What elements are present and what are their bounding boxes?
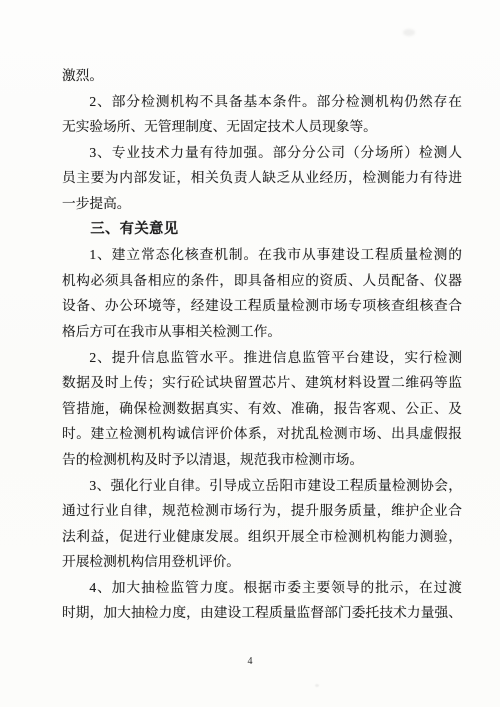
scan-artifact	[315, 684, 319, 687]
document-line: 3、强化行业自律。引导成立岳阳市建设工程质量检测协会，	[62, 473, 462, 499]
document-line: 设备、办公环境等，经建设工程质量检测市场专项核查组核查合	[62, 293, 462, 319]
document-line: 2、部分检测机构不具备基本条件。部分检测机构仍然存在	[62, 89, 462, 115]
document-page: 激烈。 2、部分检测机构不具备基本条件。部分检测机构仍然存在 无实验场所、无管理…	[0, 0, 500, 707]
document-line: 格后方可在我市从事相关检测工作。	[62, 319, 462, 345]
section-heading: 三、有关意见	[62, 217, 462, 243]
document-line: 一步提高。	[62, 191, 462, 217]
document-line: 激烈。	[62, 63, 462, 89]
document-line: 2、提升信息监管水平。推进信息监管平台建设，实行检测	[62, 345, 462, 371]
document-line: 告的检测机构及时予以清退，规范我市检测市场。	[62, 447, 462, 473]
document-line: 4、加大抽检监管力度。根据市委主要领导的批示，在过渡	[62, 575, 462, 601]
document-line: 时期，加大抽检力度，由建设工程质量监督部门委托技术力量强、	[62, 600, 462, 626]
document-line: 1、建立常态化核查机制。在我市从事建设工程质量检测的	[62, 242, 462, 268]
page-number: 4	[0, 656, 500, 667]
document-line: 通过行业自律，规范检测市场行为，提升服务质量，维护企业合	[62, 498, 462, 524]
document-line: 员主要为内部发证，相关负责人缺乏从业经历，检测能力有待进	[62, 165, 462, 191]
document-line: 法利益，促进行业健康发展。组织开展全市检测机构能力测验，	[62, 524, 462, 550]
document-line: 无实验场所、无管理制度、无固定技术人员现象等。	[62, 114, 462, 140]
document-line: 数据及时上传；实行砼试块留置芯片、建筑材料设置二维码等监	[62, 370, 462, 396]
document-line: 机构必须具备相应的条件，即具备相应的资质、人员配备、仪器	[62, 268, 462, 294]
document-body: 激烈。 2、部分检测机构不具备基本条件。部分检测机构仍然存在 无实验场所、无管理…	[62, 63, 462, 626]
document-line: 管措施，确保检测数据真实、有效、准确，报告客观、公正、及	[62, 396, 462, 422]
document-line: 开展检测机构信用登机评价。	[62, 549, 462, 575]
document-line: 时。建立检测机构诚信评价体系，对扰乱检测市场、出具虚假报	[62, 421, 462, 447]
scan-artifact	[403, 29, 415, 36]
document-line: 3、专业技术力量有待加强。部分分公司（分场所）检测人	[62, 140, 462, 166]
